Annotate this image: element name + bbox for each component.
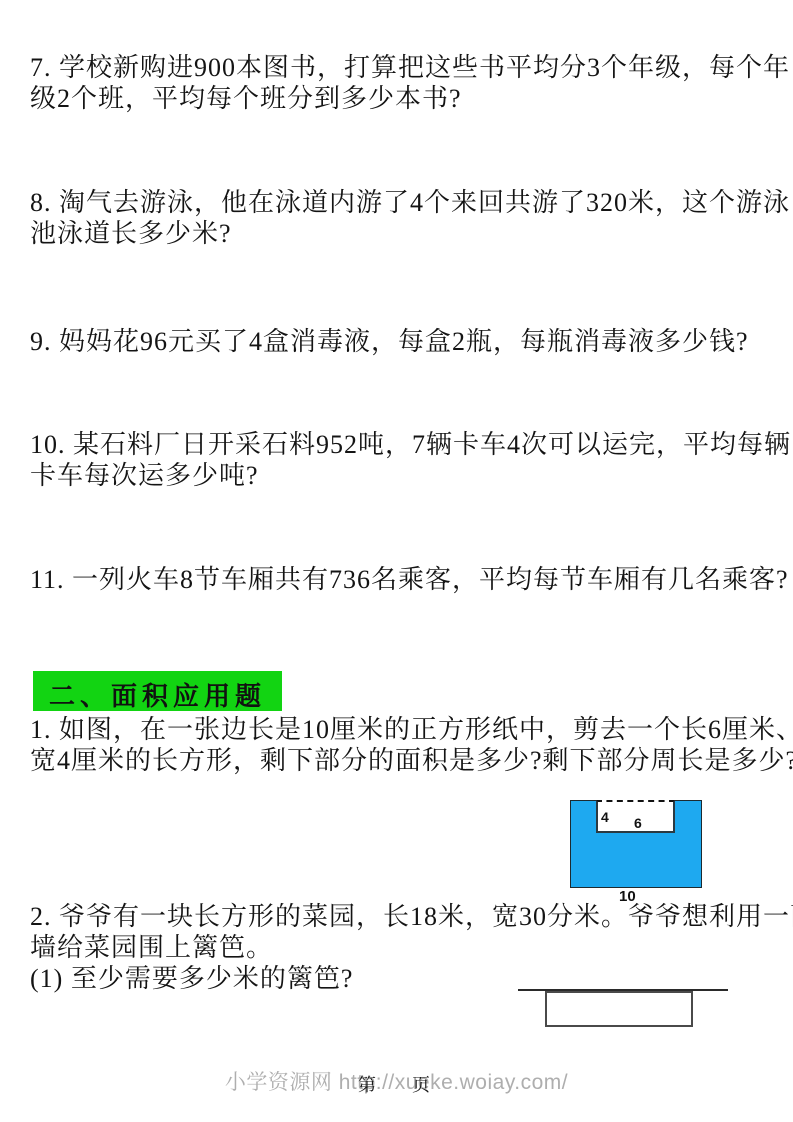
problem-10: 10. 某石料厂日开采石料952吨，7辆卡车4次可以运完，平均每辆 卡车每次运多… (30, 429, 775, 491)
section2-problem-1-line-1: 1. 如图，在一张边长是10厘米的正方形纸中，剪去一个长6厘米、 (30, 714, 775, 745)
problem-9-line-1: 9. 妈妈花96元买了4盒消毒液，每盒2瓶，每瓶消毒液多少钱? (30, 326, 775, 357)
problem-8: 8. 淘气去游泳，他在泳道内游了4个来回共游了320米，这个游泳 池泳道长多少米… (30, 187, 775, 249)
problem-11-line-1: 11. 一列火车8节车厢共有736名乘客，平均每节车厢有几名乘客? (30, 564, 775, 595)
section2-problem-2-line-2: 墙给菜园围上篱笆。 (30, 932, 775, 963)
problem-7-line-2: 级2个班，平均每个班分到多少本书? (30, 83, 775, 114)
section2-problem-2: 2. 爷爷有一块长方形的菜园，长18米，宽30分米。爷爷想利用一面 墙给菜园围上… (30, 901, 775, 994)
wall-garden-figure (518, 988, 730, 1030)
problem-11: 11. 一列火车8节车厢共有736名乘客，平均每节车厢有几名乘客? (30, 564, 775, 595)
notch-width-label: 6 (634, 815, 642, 831)
section2-problem-1: 1. 如图，在一张边长是10厘米的正方形纸中，剪去一个长6厘米、 宽4厘米的长方… (30, 714, 775, 776)
problem-7-line-1: 7. 学校新购进900本图书，打算把这些书平均分3个年级，每个年 (30, 52, 775, 83)
problem-8-line-2: 池泳道长多少米? (30, 218, 775, 249)
problem-10-line-1: 10. 某石料厂日开采石料952吨，7辆卡车4次可以运完，平均每辆 (30, 429, 775, 460)
garden-rectangle-shape (545, 991, 693, 1027)
problem-10-line-2: 卡车每次运多少吨? (30, 460, 775, 491)
worksheet-page: 7. 学校新购进900本图书，打算把这些书平均分3个年级，每个年 级2个班，平均… (0, 0, 793, 1122)
notch-height-label: 4 (601, 809, 609, 825)
footer-watermark: 小学资源网 http://xueke.woiay.com/ (0, 1066, 793, 1096)
footer-page-label-right: 页 (412, 1071, 430, 1097)
problem-9: 9. 妈妈花96元买了4盒消毒液，每盒2瓶，每瓶消毒液多少钱? (30, 326, 775, 357)
section-2-heading: 二、面积应用题 (33, 671, 282, 711)
problem-8-line-1: 8. 淘气去游泳，他在泳道内游了4个来回共游了320米，这个游泳 (30, 187, 775, 218)
section2-problem-1-line-2: 宽4厘米的长方形，剩下部分的面积是多少?剩下部分周长是多少? (30, 745, 775, 776)
footer-page-label-left: 第 (358, 1071, 376, 1097)
square-cutout-figure: 4 6 10 (570, 800, 702, 888)
problem-7: 7. 学校新购进900本图书，打算把这些书平均分3个年级，每个年 级2个班，平均… (30, 52, 775, 114)
section2-problem-2-line-1: 2. 爷爷有一块长方形的菜园，长18米，宽30分米。爷爷想利用一面 (30, 901, 775, 932)
